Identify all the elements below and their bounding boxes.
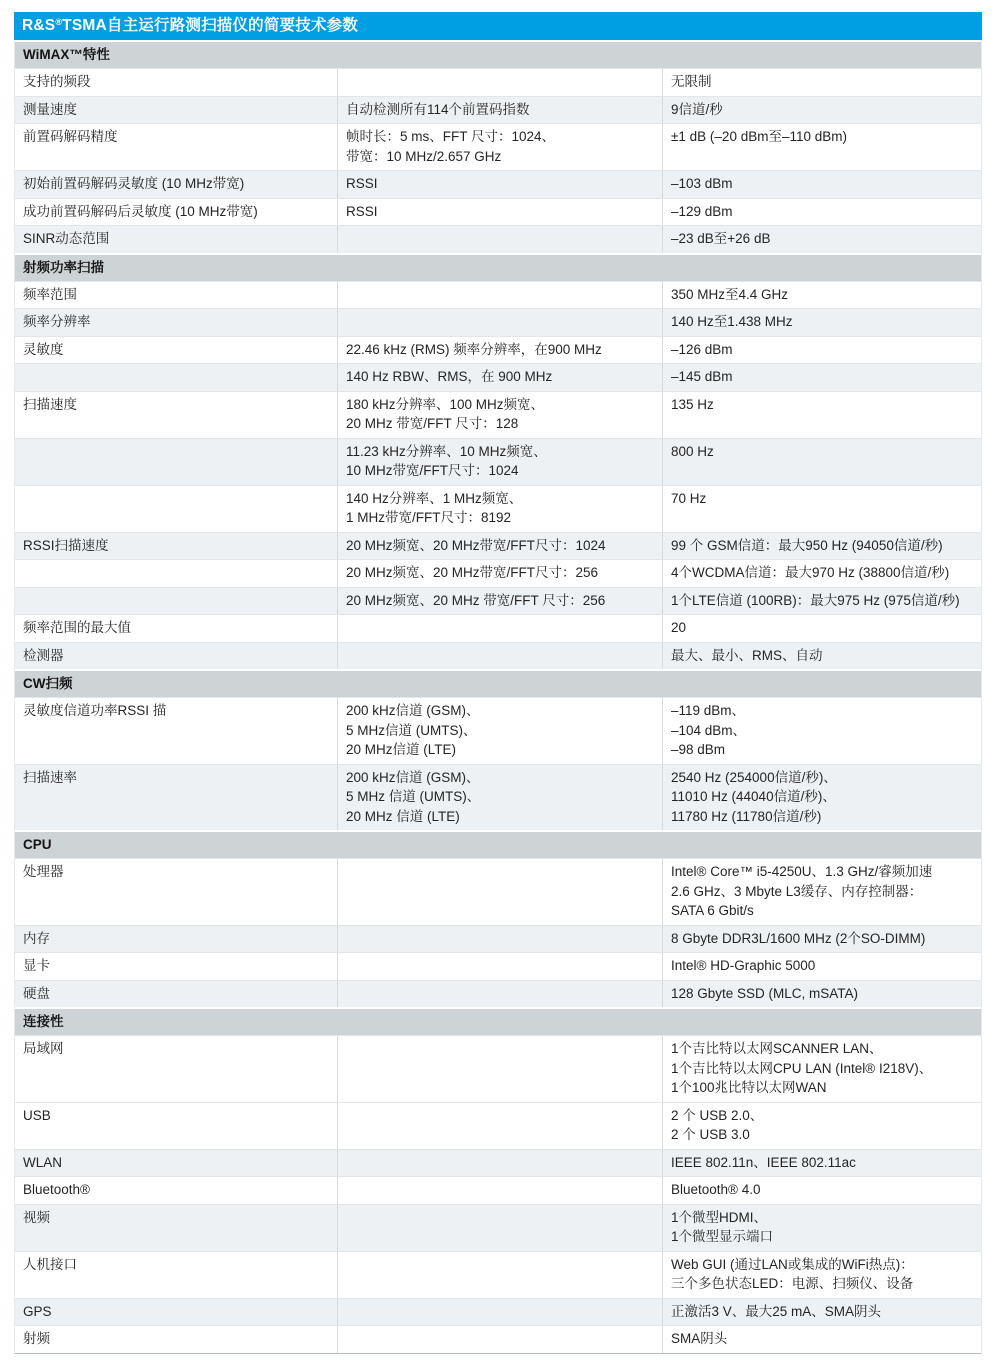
value-cell: –23 dB至+26 dB <box>662 226 981 253</box>
param-cell <box>15 439 337 485</box>
param-cell: 支持的频段 <box>15 69 337 96</box>
condition-cell <box>337 859 662 925</box>
param-cell: Bluetooth® <box>15 1177 337 1204</box>
param-cell: 灵敏度信道功率RSSI 描 <box>15 698 337 764</box>
table-row: 检测器最大、最小、RMS、自动 <box>15 642 981 670</box>
param-cell: 视频 <box>15 1205 337 1251</box>
table-row: USB2 个 USB 2.0、 2 个 USB 3.0 <box>15 1102 981 1149</box>
condition-cell <box>337 981 662 1008</box>
table-row: 灵敏度22.46 kHz (RMS) 频率分辨率，在900 MHz–126 dB… <box>15 336 981 364</box>
table-row: 显卡Intel® HD-Graphic 5000 <box>15 952 981 980</box>
value-cell: 2 个 USB 2.0、 2 个 USB 3.0 <box>662 1103 981 1149</box>
value-cell: 135 Hz <box>662 392 981 438</box>
table-row: 内存8 Gbyte DDR3L/1600 MHz (2个SO-DIMM) <box>15 925 981 953</box>
section-header: CW扫频 <box>15 669 981 697</box>
table-row: 11.23 kHz分辨率、10 MHz频宽、 10 MHz带宽/FFT尺寸：10… <box>15 438 981 485</box>
table-row: RSSI扫描速度20 MHz频宽、20 MHz带宽/FFT尺寸：102499 个… <box>15 532 981 560</box>
param-cell: 扫描速度 <box>15 392 337 438</box>
condition-cell <box>337 309 662 336</box>
param-cell: WLAN <box>15 1150 337 1177</box>
param-cell: 测量速度 <box>15 97 337 124</box>
condition-cell: 20 MHz频宽、20 MHz 带宽/FFT 尺寸：256 <box>337 588 662 615</box>
value-cell: 128 Gbyte SSD (MLC, mSATA) <box>662 981 981 1008</box>
table-row: 处理器Intel® Core™ i5-4250U、1.3 GHz/睿频加速 2.… <box>15 858 981 925</box>
table-row: 成功前置码解码后灵敏度 (10 MHz带宽)RSSI–129 dBm <box>15 198 981 226</box>
page-title-text: TSMA自主运行路测扫描仪的简要技术参数 <box>62 17 358 34</box>
value-cell: 2540 Hz (254000信道/秒)、 11010 Hz (44040信道/… <box>662 765 981 831</box>
value-cell: –103 dBm <box>662 171 981 198</box>
param-cell: GPS <box>15 1299 337 1326</box>
value-cell: –145 dBm <box>662 364 981 391</box>
param-cell: 显卡 <box>15 953 337 980</box>
value-cell: Intel® HD-Graphic 5000 <box>662 953 981 980</box>
table-row: 局域网1个吉比特以太网SCANNER LAN、 1个吉比特以太网CPU LAN … <box>15 1035 981 1102</box>
value-cell: 20 <box>662 615 981 642</box>
value-cell: 正激活3 V、最大25 mA、SMA阴头 <box>662 1299 981 1326</box>
table-row: 灵敏度信道功率RSSI 描200 kHz信道 (GSM)、 5 MHz信道 (U… <box>15 697 981 764</box>
condition-cell: 自动检测所有114个前置码指数 <box>337 97 662 124</box>
condition-cell <box>337 282 662 309</box>
table-row: GPS正激活3 V、最大25 mA、SMA阴头 <box>15 1298 981 1326</box>
param-cell: 检测器 <box>15 643 337 670</box>
table-row: 140 Hz分辨率、1 MHz频宽、 1 MHz带宽/FFT尺寸：819270 … <box>15 485 981 532</box>
table-row: 射频SMA阴头 <box>15 1325 981 1353</box>
condition-cell: 180 kHz分辨率、100 MHz频宽、 20 MHz 带宽/FFT 尺寸：1… <box>337 392 662 438</box>
param-cell: 局域网 <box>15 1036 337 1102</box>
value-cell: 99 个 GSM信道：最大950 Hz (94050信道/秒) <box>662 533 981 560</box>
table-row: WLANIEEE 802.11n、IEEE 802.11ac <box>15 1149 981 1177</box>
condition-cell: 20 MHz频宽、20 MHz带宽/FFT尺寸：256 <box>337 560 662 587</box>
table-row: 视频1个微型HDMI、 1个微型显示端口 <box>15 1204 981 1251</box>
param-cell: 处理器 <box>15 859 337 925</box>
condition-cell <box>337 643 662 670</box>
value-cell: 4个WCDMA信道：最大970 Hz (38800信道/秒) <box>662 560 981 587</box>
value-cell: 70 Hz <box>662 486 981 532</box>
param-cell <box>15 486 337 532</box>
value-cell: 最大、最小、RMS、自动 <box>662 643 981 670</box>
value-cell: SMA阴头 <box>662 1326 981 1353</box>
table-row: SINR动态范围–23 dB至+26 dB <box>15 225 981 253</box>
value-cell: 无限制 <box>662 69 981 96</box>
condition-cell <box>337 1177 662 1204</box>
param-cell: USB <box>15 1103 337 1149</box>
value-cell: –119 dBm、 –104 dBm、 –98 dBm <box>662 698 981 764</box>
condition-cell <box>337 1036 662 1102</box>
condition-cell: 20 MHz频宽、20 MHz带宽/FFT尺寸：1024 <box>337 533 662 560</box>
param-cell: 频率分辨率 <box>15 309 337 336</box>
value-cell: 1个微型HDMI、 1个微型显示端口 <box>662 1205 981 1251</box>
table-row: Bluetooth®Bluetooth® 4.0 <box>15 1176 981 1204</box>
param-cell: 初始前置码解码灵敏度 (10 MHz带宽) <box>15 171 337 198</box>
param-cell: 扫描速率 <box>15 765 337 831</box>
param-cell <box>15 364 337 391</box>
value-cell: 8 Gbyte DDR3L/1600 MHz (2个SO-DIMM) <box>662 926 981 953</box>
condition-cell <box>337 226 662 253</box>
condition-cell: 140 Hz分辨率、1 MHz频宽、 1 MHz带宽/FFT尺寸：8192 <box>337 486 662 532</box>
section-header: CPU <box>15 830 981 858</box>
section-header: 射频功率扫描 <box>15 253 981 281</box>
param-cell: 内存 <box>15 926 337 953</box>
condition-cell <box>337 1252 662 1298</box>
value-cell: 350 MHz至4.4 GHz <box>662 282 981 309</box>
condition-cell <box>337 1326 662 1353</box>
value-cell: 140 Hz至1.438 MHz <box>662 309 981 336</box>
table-row: 140 Hz RBW、RMS，在 900 MHz–145 dBm <box>15 363 981 391</box>
table-row: 20 MHz频宽、20 MHz带宽/FFT尺寸：2564个WCDMA信道：最大9… <box>15 559 981 587</box>
table-row: 硬盘128 Gbyte SSD (MLC, mSATA) <box>15 980 981 1008</box>
condition-cell: 200 kHz信道 (GSM)、 5 MHz 信道 (UMTS)、 20 MHz… <box>337 765 662 831</box>
condition-cell <box>337 69 662 96</box>
param-cell: 前置码解码精度 <box>15 124 337 170</box>
condition-cell <box>337 1299 662 1326</box>
condition-cell <box>337 615 662 642</box>
value-cell: Bluetooth® 4.0 <box>662 1177 981 1204</box>
param-cell: 频率范围的最大值 <box>15 615 337 642</box>
value-cell: ±1 dB (–20 dBm至–110 dBm) <box>662 124 981 170</box>
table-row: 前置码解码精度帧时长：5 ms、FFT 尺寸：1024、 带宽：10 MHz/2… <box>15 123 981 170</box>
section-header: 连接性 <box>15 1007 981 1035</box>
param-cell: 成功前置码解码后灵敏度 (10 MHz带宽) <box>15 199 337 226</box>
condition-cell <box>337 1103 662 1149</box>
param-cell <box>15 560 337 587</box>
condition-cell <box>337 953 662 980</box>
spec-table: WiMAX™特性支持的频段无限制测量速度自动检测所有114个前置码指数9信道/秒… <box>14 40 982 1354</box>
value-cell: –126 dBm <box>662 337 981 364</box>
value-cell: Intel® Core™ i5-4250U、1.3 GHz/睿频加速 2.6 G… <box>662 859 981 925</box>
param-cell <box>15 588 337 615</box>
page-title-brand: R&S <box>22 17 55 34</box>
condition-cell: RSSI <box>337 199 662 226</box>
table-row: 扫描速度180 kHz分辨率、100 MHz频宽、 20 MHz 带宽/FFT … <box>15 391 981 438</box>
section-header: WiMAX™特性 <box>15 40 981 68</box>
condition-cell <box>337 1205 662 1251</box>
param-cell: 射频 <box>15 1326 337 1353</box>
value-cell: IEEE 802.11n、IEEE 802.11ac <box>662 1150 981 1177</box>
param-cell: RSSI扫描速度 <box>15 533 337 560</box>
value-cell: Web GUI (通过LAN或集成的WiFi热点)： 三个多色状态LED：电源、… <box>662 1252 981 1298</box>
condition-cell: 帧时长：5 ms、FFT 尺寸：1024、 带宽：10 MHz/2.657 GH… <box>337 124 662 170</box>
table-row: 人机接口Web GUI (通过LAN或集成的WiFi热点)： 三个多色状态LED… <box>15 1251 981 1298</box>
value-cell: 1个LTE信道 (100RB)：最大975 Hz (975信道/秒) <box>662 588 981 615</box>
table-row: 支持的频段无限制 <box>15 68 981 96</box>
condition-cell: 11.23 kHz分辨率、10 MHz频宽、 10 MHz带宽/FFT尺寸：10… <box>337 439 662 485</box>
table-row: 频率分辨率140 Hz至1.438 MHz <box>15 308 981 336</box>
condition-cell: 22.46 kHz (RMS) 频率分辨率，在900 MHz <box>337 337 662 364</box>
condition-cell: 140 Hz RBW、RMS，在 900 MHz <box>337 364 662 391</box>
value-cell: 1个吉比特以太网SCANNER LAN、 1个吉比特以太网CPU LAN (In… <box>662 1036 981 1102</box>
table-row: 频率范围350 MHz至4.4 GHz <box>15 281 981 309</box>
table-row: 频率范围的最大值20 <box>15 614 981 642</box>
condition-cell: RSSI <box>337 171 662 198</box>
table-row: 测量速度自动检测所有114个前置码指数9信道/秒 <box>15 96 981 124</box>
value-cell: 800 Hz <box>662 439 981 485</box>
condition-cell <box>337 926 662 953</box>
value-cell: 9信道/秒 <box>662 97 981 124</box>
table-row: 20 MHz频宽、20 MHz 带宽/FFT 尺寸：2561个LTE信道 (10… <box>15 587 981 615</box>
param-cell: 硬盘 <box>15 981 337 1008</box>
condition-cell <box>337 1150 662 1177</box>
param-cell: SINR动态范围 <box>15 226 337 253</box>
param-cell: 灵敏度 <box>15 337 337 364</box>
value-cell: –129 dBm <box>662 199 981 226</box>
param-cell: 人机接口 <box>15 1252 337 1298</box>
condition-cell: 200 kHz信道 (GSM)、 5 MHz信道 (UMTS)、 20 MHz信… <box>337 698 662 764</box>
datasheet-page: R&S®TSMA自主运行路测扫描仪的简要技术参数 WiMAX™特性支持的频段无限… <box>0 0 996 1362</box>
param-cell: 频率范围 <box>15 282 337 309</box>
table-row: 初始前置码解码灵敏度 (10 MHz带宽)RSSI–103 dBm <box>15 170 981 198</box>
table-row: 扫描速率200 kHz信道 (GSM)、 5 MHz 信道 (UMTS)、 20… <box>15 764 981 831</box>
page-title: R&S®TSMA自主运行路测扫描仪的简要技术参数 <box>14 12 982 40</box>
